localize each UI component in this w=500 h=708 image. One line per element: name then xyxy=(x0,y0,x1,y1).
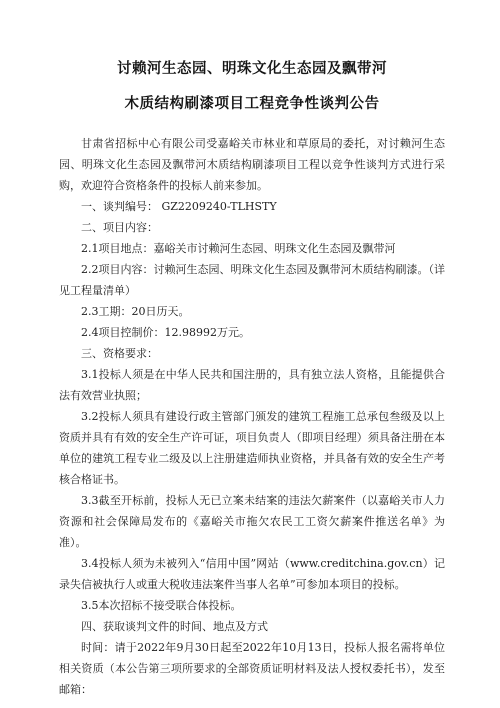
section-2-heading: 二、项目内容： xyxy=(59,217,445,238)
section-3-heading: 三、资格要求： xyxy=(59,343,445,364)
item-3-3-wage-cases: 3.3截至开标前，投标人无已立案未结案的违法欠薪案件（以嘉峪关市人力资源和社会保… xyxy=(59,490,445,553)
item-3-2-qualification: 3.2投标人须具有建设行政主管部门颁发的建筑工程施工总承包叁级及以上资质并具有有… xyxy=(59,406,445,490)
section-4-heading: 四、获取谈判文件的时间、地点及方式 xyxy=(59,616,445,637)
document-title: 讨赖河生态园、明珠文化生态园及飘带河 木质结构刷漆项目工程竞争性谈判公告 xyxy=(59,51,445,121)
item-2-4-control-price: 2.4项目控制价：12.98992万元。 xyxy=(59,322,445,343)
item-2-1-location: 2.1项目地点：嘉峪关市讨赖河生态园、明珠文化生态园及飘带河 xyxy=(59,238,445,259)
title-line-2: 木质结构刷漆项目工程竞争性谈判公告 xyxy=(59,86,445,121)
title-line-1: 讨赖河生态园、明珠文化生态园及飘带河 xyxy=(59,51,445,86)
announcement-page: 讨赖河生态园、明珠文化生态园及飘带河 木质结构刷漆项目工程竞争性谈判公告 甘肃省… xyxy=(0,0,500,708)
document-body: 甘肃省招标中心有限公司受嘉峪关市林业和草原局的委托，对讨赖河生态园、明珠文化生态… xyxy=(59,133,445,700)
intro-paragraph: 甘肃省招标中心有限公司受嘉峪关市林业和草原局的委托，对讨赖河生态园、明珠文化生态… xyxy=(59,133,445,196)
time-paragraph: 时间：请于2022年9月30日起至2022年10月13日，投标人报名需将单位相关… xyxy=(59,637,445,700)
item-3-4-credit-china: 3.4投标人须为未被列入“信用中国”网站（www.creditchina.gov… xyxy=(59,553,445,595)
item-2-3-duration: 2.3工期：20日历天。 xyxy=(59,301,445,322)
item-2-2-content: 2.2项目内容：讨赖河生态园、明珠文化生态园及飘带河木质结构刷漆。（详见工程量清… xyxy=(59,259,445,301)
negotiation-number-line: 一、谈判编号： GZ2209240-TLHSTY xyxy=(59,196,445,217)
item-3-5-no-consortium: 3.5本次招标不接受联合体投标。 xyxy=(59,595,445,616)
item-3-1-registration: 3.1投标人须是在中华人民共和国注册的，具有独立法人资格，且能提供合法有效营业执… xyxy=(59,364,445,406)
